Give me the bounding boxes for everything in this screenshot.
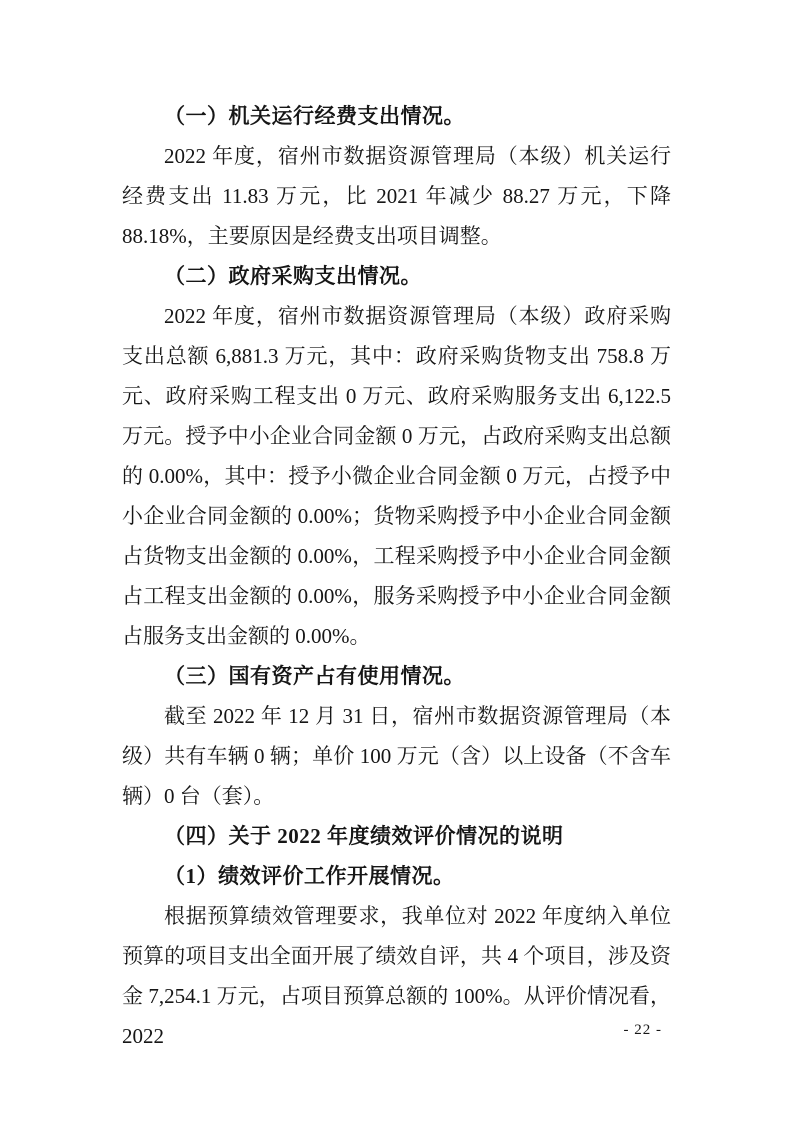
paragraph-agency-operating-expense: 2022 年度，宿州市数据资源管理局（本级）机关运行经费支出 11.83 万元，… (122, 136, 671, 256)
section-heading-government-procurement: （二）政府采购支出情况。 (122, 256, 671, 296)
document-body: （一）机关运行经费支出情况。 2022 年度，宿州市数据资源管理局（本级）机关运… (122, 96, 671, 1056)
section-heading-state-assets: （三）国有资产占有使用情况。 (122, 656, 671, 696)
paragraph-government-procurement: 2022 年度，宿州市数据资源管理局（本级）政府采购支出总额 6,881.3 万… (122, 296, 671, 656)
document-page: （一）机关运行经费支出情况。 2022 年度，宿州市数据资源管理局（本级）机关运… (0, 0, 793, 1122)
paragraph-state-assets: 截至 2022 年 12 月 31 日，宿州市数据资源管理局（本级）共有车辆 0… (122, 696, 671, 816)
section-heading-performance-evaluation: （四）关于 2022 年度绩效评价情况的说明 (122, 816, 671, 856)
paragraph-performance-evaluation: 根据预算绩效管理要求，我单位对 2022 年度纳入单位预算的项目支出全面开展了绩… (122, 896, 671, 1056)
sub-heading-performance-evaluation-work: （1）绩效评价工作开展情况。 (122, 856, 671, 896)
page-number: - 22 - (624, 1021, 663, 1039)
section-heading-agency-operating-expense: （一）机关运行经费支出情况。 (122, 96, 671, 136)
